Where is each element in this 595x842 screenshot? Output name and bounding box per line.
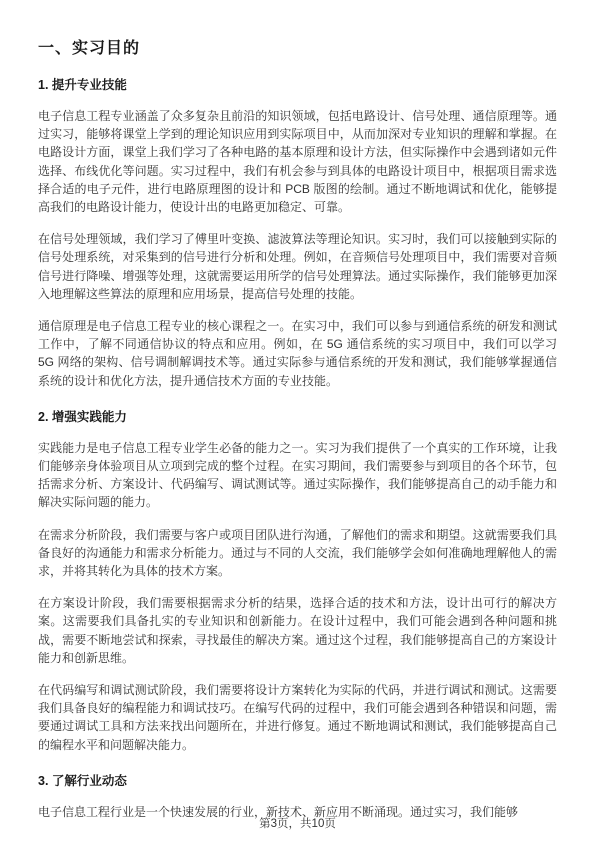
page-title: 一、实习目的: [38, 35, 557, 58]
section-heading-1: 1. 提升专业技能: [38, 75, 557, 93]
paragraph: 通信原理是电子信息工程专业的核心课程之一。在实习中，我们可以参与到通信系统的研发…: [38, 317, 557, 390]
section-heading-3: 3. 了解行业动态: [38, 771, 557, 789]
paragraph: 在需求分析阶段，我们需要与客户或项目团队进行沟通，了解他们的需求和期望。这就需要…: [38, 526, 557, 581]
paragraph: 实践能力是电子信息工程专业学生必备的能力之一。实习为我们提供了一个真实的工作环境…: [38, 439, 557, 512]
section-heading-2: 2. 增强实践能力: [38, 407, 557, 425]
paragraph: 在信号处理领域，我们学习了傅里叶变换、滤波算法等理论知识。实习时，我们可以接触到…: [38, 230, 557, 303]
paragraph: 电子信息工程专业涵盖了众多复杂且前沿的知识领域，包括电路设计、信号处理、通信原理…: [38, 107, 557, 216]
paragraph: 在方案设计阶段，我们需要根据需求分析的结果，选择合适的技术和方法，设计出可行的解…: [38, 594, 557, 667]
paragraph: 在代码编写和调试测试阶段，我们需要将设计方案转化为实际的代码，并进行调试和测试。…: [38, 681, 557, 754]
page-number-footer: 第3页，共10页: [0, 815, 595, 831]
document-page: 一、实习目的 1. 提升专业技能 电子信息工程专业涵盖了众多复杂且前沿的知识领域…: [0, 0, 595, 842]
